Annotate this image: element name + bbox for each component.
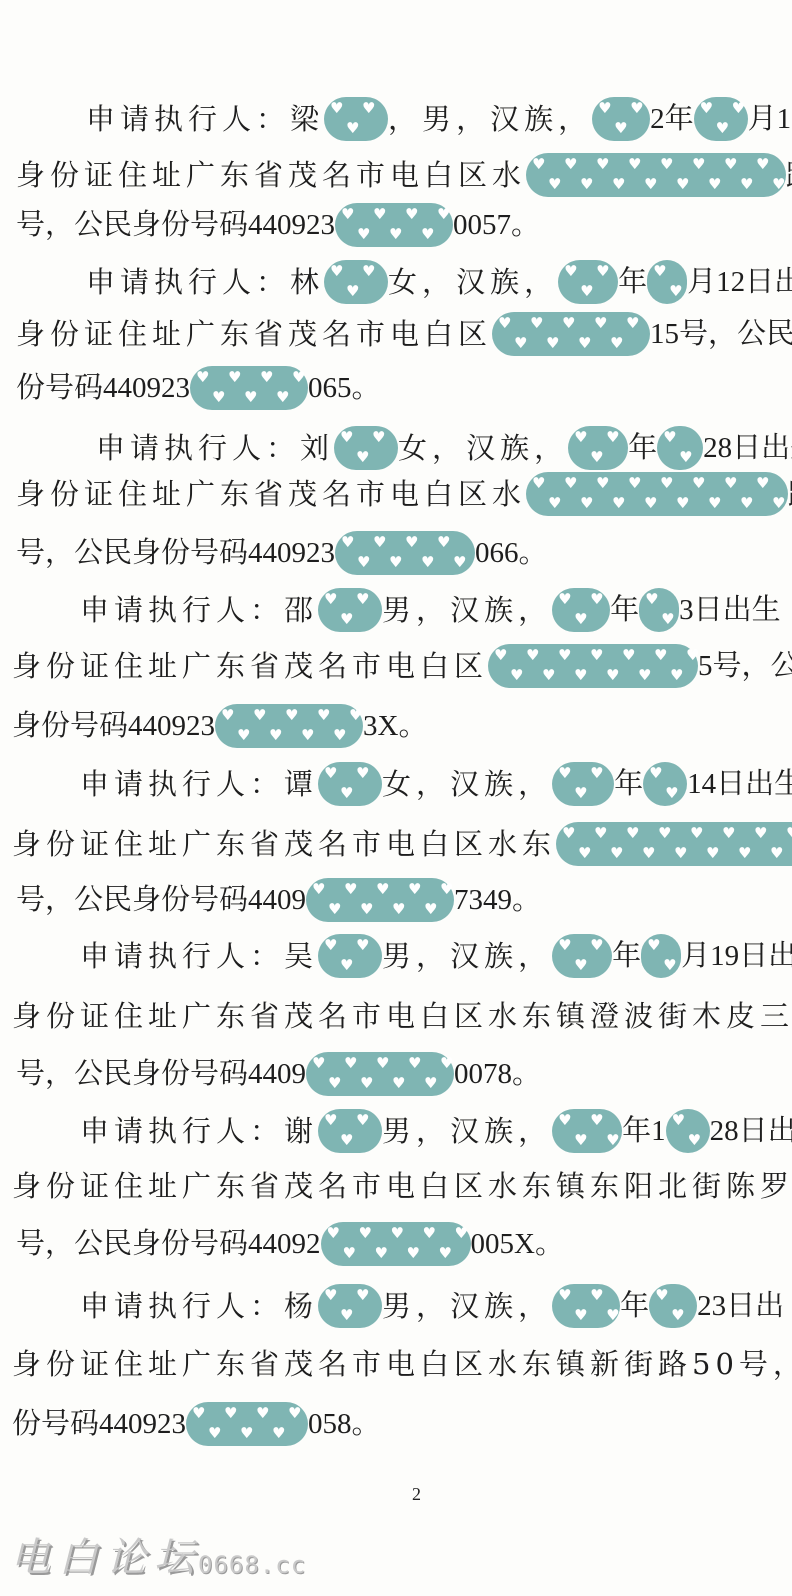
heart-icon: ♥ (612, 177, 630, 192)
heart-icon: ♥ (644, 496, 662, 511)
heart-icon: ♥ (421, 227, 439, 242)
heart-icon: ♥ (455, 1226, 473, 1241)
applicant-1-line-1: 申请执行人：梁♥♥♥，男，汉族，♥♥♥2年♥♥♥月10日出生 (86, 101, 792, 137)
heart-icon: ♥ (285, 708, 303, 723)
heart-icon: ♥ (312, 882, 330, 897)
heart-icon: ♥ (756, 157, 774, 172)
birth-day-fragment: 14日出生 (687, 766, 792, 802)
heart-icon: ♥ (644, 177, 662, 192)
heart-icon: ♥ (740, 177, 758, 192)
heart-icon: ♥ (688, 1133, 706, 1148)
heart-icon: ♥ (628, 157, 646, 172)
heart-icon: ♥ (340, 1308, 358, 1323)
heart-icon: ♥ (671, 1308, 689, 1323)
heart-icon: ♥ (344, 882, 362, 897)
id-suffix: 0078。 (454, 1056, 541, 1092)
heart-icon: ♥ (558, 1288, 576, 1303)
heart-icon: ♥ (437, 535, 455, 550)
applicant-surname: 刘 (300, 430, 334, 466)
heart-icon: ♥ (375, 1246, 393, 1261)
heart-icon: ♥ (754, 826, 772, 841)
heart-icon: ♥ (665, 786, 683, 801)
heart-icon: ♥ (590, 592, 608, 607)
applicant-ethnicity: 汉族 (450, 766, 518, 802)
heart-icon: ♥ (574, 1133, 592, 1148)
heart-icon: ♥ (373, 535, 391, 550)
heart-icon: ♥ (578, 846, 596, 861)
heart-icon: ♥ (596, 157, 614, 172)
heart-icon: ♥ (360, 1076, 378, 1091)
heart-icon: ♥ (372, 430, 390, 445)
applicant-8-line-1: 申请执行人：杨♥♥♥男，汉族，♥♥♥♥年♥♥23日出 (80, 1288, 784, 1324)
heart-icon: ♥ (340, 612, 358, 627)
applicant-2-line-2: 身份证住址广东省茂名市电白区♥♥♥♥♥♥♥♥♥15号，公民 (16, 316, 792, 352)
heart-icon: ♥ (558, 938, 576, 953)
heart-icon: ♥ (594, 826, 612, 841)
redaction-blob: ♥♥♥ (318, 1284, 382, 1328)
id-prefix: 号，公民身份号码440923 (16, 207, 335, 243)
heart-icon: ♥ (558, 648, 576, 663)
address-prefix: 身份证住址广东省茂名市电白区 (12, 648, 488, 684)
birth-year-fragment: 年 (610, 592, 639, 628)
redaction-blob: ♥♥♥ (318, 588, 382, 632)
heart-icon: ♥ (692, 476, 710, 491)
heart-icon: ♥ (341, 207, 359, 222)
heart-icon: ♥ (738, 846, 756, 861)
heart-icon: ♥ (340, 786, 358, 801)
applicant-label: 申请执行人： (80, 592, 284, 628)
redaction-blob: ♥♥♥♥♥♥♥♥♥ (215, 704, 363, 748)
id-suffix: 066。 (475, 535, 548, 571)
heart-icon: ♥ (360, 902, 378, 917)
heart-icon: ♥ (389, 227, 407, 242)
applicant-ethnicity: 汉族 (450, 1288, 518, 1324)
heart-icon: ♥ (340, 958, 358, 973)
birth-day-fragment: 28日出 (710, 1113, 792, 1149)
heart-icon: ♥ (724, 157, 742, 172)
id-prefix: 号，公民身份号码440923 (16, 535, 335, 571)
applicant-6-line-2: 身份证住址广东省茂名市电白区水东镇澄波街木皮三直 (12, 998, 792, 1034)
address-full: 身份证住址广东省茂名市电白区水东镇澄波街木皮三直 (12, 998, 792, 1034)
applicant-ethnicity: 汉族 (450, 592, 518, 628)
heart-icon: ♥ (237, 728, 255, 743)
heart-icon: ♥ (642, 846, 660, 861)
applicant-label: 申请执行人： (86, 264, 290, 300)
id-prefix: 份号码440923 (16, 370, 190, 406)
heart-icon: ♥ (663, 430, 681, 445)
heart-icon: ♥ (510, 668, 528, 683)
heart-icon: ♥ (676, 496, 694, 511)
redaction-blob: ♥♥♥ (324, 97, 388, 141)
heart-icon: ♥ (574, 958, 592, 973)
heart-icon: ♥ (356, 1288, 374, 1303)
applicant-label: 申请执行人： (80, 938, 284, 974)
heart-icon: ♥ (732, 101, 750, 116)
heart-icon: ♥ (663, 958, 681, 973)
heart-icon: ♥ (405, 535, 423, 550)
address-prefix: 身份证住址广东省茂名市电白区水 (16, 476, 526, 512)
heart-icon: ♥ (558, 592, 576, 607)
redaction-blob: ♥♥♥♥♥♥♥ (186, 1402, 308, 1446)
heart-icon: ♥ (196, 370, 214, 385)
applicant-2-line-1: 申请执行人：林♥♥♥女，汉族，♥♥♥年♥♥月12日出生 (86, 264, 792, 300)
heart-icon: ♥ (389, 555, 407, 570)
applicant-surname: 邵 (284, 592, 318, 628)
redaction-blob: ♥♥♥ (318, 934, 382, 978)
heart-icon: ♥ (324, 938, 342, 953)
redaction-blob: ♥♥♥ (592, 97, 650, 141)
birth-year-fragment: 年 (614, 766, 643, 802)
heart-icon: ♥ (192, 1406, 210, 1421)
heart-icon: ♥ (256, 1406, 274, 1421)
redaction-blob: ♥♥♥♥♥♥♥♥♥ (321, 1222, 471, 1266)
heart-icon: ♥ (590, 1113, 608, 1128)
redaction-blob: ♥♥ (641, 934, 681, 978)
applicant-4-line-1: 申请执行人：邵♥♥♥男，汉族，♥♥♥年♥♥3日出生 (80, 592, 781, 628)
applicant-gender: 女 (398, 430, 432, 466)
redaction-blob: ♥♥ (643, 762, 687, 806)
birth-day-fragment: 28日出生 (703, 430, 792, 466)
redaction-blob: ♥♥ (649, 1284, 697, 1328)
applicant-3-line-1: 申请执行人：刘♥♥♥女，汉族，♥♥♥年♥♥28日出生 (96, 430, 792, 466)
heart-icon: ♥ (672, 1113, 690, 1128)
heart-icon: ♥ (655, 1288, 673, 1303)
heart-icon: ♥ (359, 1226, 377, 1241)
applicant-ethnicity: 汉族 (466, 430, 534, 466)
applicant-ethnicity: 汉族 (456, 264, 524, 300)
heart-icon: ♥ (349, 708, 367, 723)
heart-icon: ♥ (772, 177, 790, 192)
id-prefix: 号，公民身份号码4409 (16, 1056, 306, 1092)
heart-icon: ♥ (548, 177, 566, 192)
applicant-8-line-3: 份号码440923♥♥♥♥♥♥♥058。 (12, 1406, 381, 1442)
heart-icon: ♥ (610, 336, 628, 351)
heart-icon: ♥ (647, 938, 665, 953)
heart-icon: ♥ (376, 1056, 394, 1071)
applicant-label: 申请执行人： (86, 101, 290, 137)
heart-icon: ♥ (690, 826, 708, 841)
heart-icon: ♥ (341, 535, 359, 550)
redaction-blob: ♥♥♥ (558, 260, 618, 304)
applicant-gender: 男 (422, 101, 456, 137)
page-number: 2 (412, 1484, 421, 1505)
heart-icon: ♥ (424, 1076, 442, 1091)
applicant-5-line-3: 号，公民身份号码4409♥♥♥♥♥♥♥♥♥7349。 (16, 882, 541, 918)
redaction-blob: ♥♥♥♥♥♥♥♥♥♥♥♥♥♥♥♥ (526, 472, 788, 516)
address-prefix: 身份证住址广东省茂名市电白区水东 (12, 826, 556, 862)
heart-icon: ♥ (324, 1288, 342, 1303)
heart-icon: ♥ (574, 786, 592, 801)
applicant-label: 申请执行人： (80, 1113, 284, 1149)
heart-icon: ♥ (356, 592, 374, 607)
birth-day-fragment: 月10日出生 (748, 101, 792, 137)
address-prefix: 身份证住址广东省茂名市电白区 (16, 316, 492, 352)
heart-icon: ♥ (344, 1056, 362, 1071)
redaction-blob: ♥♥♥♥ (552, 1109, 622, 1153)
redaction-blob: ♥♥♥♥♥♥♥ (190, 366, 308, 410)
heart-icon: ♥ (530, 316, 548, 331)
redaction-blob: ♥♥ (639, 588, 679, 632)
address-prefix: 身份证住址广东省茂名市电白区水 (16, 157, 526, 193)
heart-icon: ♥ (221, 708, 239, 723)
heart-icon: ♥ (327, 1226, 345, 1241)
heart-icon: ♥ (724, 476, 742, 491)
heart-icon: ♥ (240, 1426, 258, 1441)
heart-icon: ♥ (628, 476, 646, 491)
redaction-blob: ♥♥♥ (694, 97, 748, 141)
applicant-6-line-3: 号，公民身份号码4409♥♥♥♥♥♥♥♥♥0078。 (16, 1056, 541, 1092)
applicant-surname: 杨 (284, 1288, 318, 1324)
heart-icon: ♥ (324, 766, 342, 781)
heart-icon: ♥ (453, 555, 471, 570)
applicant-3-line-2: 身份证住址广东省茂名市电白区水♥♥♥♥♥♥♥♥♥♥♥♥♥♥♥♥路 (16, 476, 792, 512)
heart-icon: ♥ (679, 450, 697, 465)
heart-icon: ♥ (330, 101, 348, 116)
redaction-blob: ♥♥♥♥♥♥♥ (335, 203, 453, 247)
id-prefix: 号，公民身份号码44092 (16, 1226, 321, 1262)
id-prefix: 身份号码440923 (12, 708, 215, 744)
heart-icon: ♥ (357, 555, 375, 570)
heart-icon: ♥ (722, 826, 740, 841)
heart-icon: ♥ (772, 496, 790, 511)
heart-icon: ♥ (212, 390, 230, 405)
redaction-blob: ♥♥♥ (568, 426, 628, 470)
heart-icon: ♥ (423, 1226, 441, 1241)
address-full: 身份证住址广东省茂名市电白区水东镇新街路50号，公民 (12, 1346, 792, 1382)
redaction-blob: ♥♥ (657, 426, 703, 470)
heart-icon: ♥ (312, 1056, 330, 1071)
heart-icon: ♥ (440, 882, 458, 897)
heart-icon: ♥ (392, 1076, 410, 1091)
heart-icon: ♥ (594, 316, 612, 331)
applicant-surname: 谢 (284, 1113, 318, 1149)
heart-icon: ♥ (590, 648, 608, 663)
heart-icon: ♥ (658, 826, 676, 841)
id-prefix: 号，公民身份号码4409 (16, 882, 306, 918)
heart-icon: ♥ (564, 157, 582, 172)
redaction-blob: ♥♥♥ (318, 1109, 382, 1153)
heart-icon: ♥ (532, 476, 550, 491)
redaction-blob: ♥♥ (647, 260, 687, 304)
applicant-1-line-2: 身份证住址广东省茂名市电白区水♥♥♥♥♥♥♥♥♥♥♥♥♥♥♥♥路 (16, 157, 792, 193)
heart-icon: ♥ (630, 101, 648, 116)
heart-icon: ♥ (756, 476, 774, 491)
heart-icon: ♥ (580, 496, 598, 511)
heart-icon: ♥ (357, 227, 375, 242)
heart-icon: ♥ (660, 476, 678, 491)
heart-icon: ♥ (548, 496, 566, 511)
birth-year-fragment: 年 (618, 264, 647, 300)
redaction-blob: ♥♥♥ (324, 260, 388, 304)
redaction-blob: ♥♥♥♥♥♥♥♥♥ (306, 878, 454, 922)
heart-icon: ♥ (208, 1426, 226, 1441)
applicant-1-line-3: 号，公民身份号码440923♥♥♥♥♥♥♥0057。 (16, 207, 540, 243)
redaction-blob: ♥♥♥♥♥♥♥♥♥ (492, 312, 650, 356)
redaction-blob: ♥♥♥ (552, 762, 614, 806)
redaction-blob: ♥♥♥ (552, 934, 612, 978)
redaction-blob: ♥♥♥♥♥♥♥♥♥♥♥♥♥♥♥♥ (526, 153, 786, 197)
applicant-ethnicity: 汉族 (490, 101, 558, 137)
applicant-surname: 吴 (284, 938, 318, 974)
id-suffix: 3X。 (363, 708, 427, 744)
applicant-label: 申请执行人： (80, 1288, 284, 1324)
heart-icon: ♥ (340, 1133, 358, 1148)
heart-icon: ♥ (564, 476, 582, 491)
applicant-ethnicity: 汉族 (450, 938, 518, 974)
heart-icon: ♥ (590, 766, 608, 781)
heart-icon: ♥ (654, 648, 672, 663)
heart-icon: ♥ (439, 1246, 457, 1261)
heart-icon: ♥ (700, 101, 718, 116)
heart-icon: ♥ (580, 284, 598, 299)
heart-icon: ♥ (590, 1288, 608, 1303)
heart-icon: ♥ (362, 264, 380, 279)
heart-icon: ♥ (526, 648, 544, 663)
address-suffix: 15号，公民 (650, 316, 792, 352)
heart-icon: ♥ (356, 938, 374, 953)
birth-day-fragment: 月19日出生 (681, 938, 792, 974)
heart-icon: ♥ (580, 177, 598, 192)
heart-icon: ♥ (660, 157, 678, 172)
heart-icon: ♥ (288, 1406, 306, 1421)
heart-icon: ♥ (376, 882, 394, 897)
heart-icon: ♥ (498, 316, 516, 331)
heart-icon: ♥ (669, 284, 687, 299)
heart-icon: ♥ (514, 336, 532, 351)
redaction-blob: ♥♥♥ (552, 588, 610, 632)
heart-icon: ♥ (676, 177, 694, 192)
birth-day-fragment: 月12日出生 (687, 264, 792, 300)
applicant-7-line-2: 身份证住址广东省茂名市电白区水东镇东阳北街陈罗巷 (12, 1168, 792, 1204)
heart-icon: ♥ (562, 316, 580, 331)
heart-icon: ♥ (614, 121, 632, 136)
heart-icon: ♥ (686, 648, 704, 663)
heart-icon: ♥ (596, 476, 614, 491)
heart-icon: ♥ (770, 846, 788, 861)
heart-icon: ♥ (606, 1133, 624, 1148)
heart-icon: ♥ (692, 157, 710, 172)
heart-icon: ♥ (228, 370, 246, 385)
heart-icon: ♥ (564, 264, 582, 279)
heart-icon: ♥ (317, 708, 335, 723)
heart-icon: ♥ (328, 1076, 346, 1091)
heart-icon: ♥ (590, 938, 608, 953)
redaction-blob: ♥♥♥♥ (552, 1284, 620, 1328)
heart-icon: ♥ (330, 264, 348, 279)
heart-icon: ♥ (346, 284, 364, 299)
document-page: 申请执行人：梁♥♥♥，男，汉族，♥♥♥2年♥♥♥月10日出生 身份证住址广东省茂… (0, 0, 792, 1596)
heart-icon: ♥ (786, 826, 792, 841)
heart-icon: ♥ (546, 336, 564, 351)
id-suffix: 058。 (308, 1406, 381, 1442)
applicant-8-line-2: 身份证住址广东省茂名市电白区水东镇新街路50号，公民 (12, 1346, 792, 1382)
heart-icon: ♥ (674, 846, 692, 861)
redaction-blob: ♥♥♥♥♥♥♥♥♥ (306, 1052, 454, 1096)
heart-icon: ♥ (324, 1113, 342, 1128)
heart-icon: ♥ (706, 846, 724, 861)
heart-icon: ♥ (661, 612, 679, 627)
applicant-ethnicity: 汉族 (450, 1113, 518, 1149)
heart-icon: ♥ (440, 1056, 458, 1071)
applicant-4-line-3: 身份号码440923♥♥♥♥♥♥♥♥♥3X。 (12, 708, 427, 744)
birth-year-fragment: 2年 (650, 101, 694, 137)
applicant-gender: 男 (382, 938, 416, 974)
watermark-url: 0668.cc (198, 1551, 306, 1579)
heart-icon: ♥ (276, 390, 294, 405)
id-suffix: 005X。 (471, 1226, 564, 1262)
heart-icon: ♥ (346, 121, 364, 136)
redaction-blob: ♥♥♥♥♥♥♥♥ (335, 531, 475, 575)
heart-icon: ♥ (292, 370, 310, 385)
heart-icon: ♥ (373, 207, 391, 222)
heart-icon: ♥ (272, 1426, 290, 1441)
heart-icon: ♥ (626, 316, 644, 331)
heart-icon: ♥ (301, 728, 319, 743)
heart-icon: ♥ (638, 668, 656, 683)
heart-icon: ♥ (740, 496, 758, 511)
birth-day-fragment: 23日出 (697, 1288, 784, 1324)
applicant-7-line-3: 号，公民身份号码44092♥♥♥♥♥♥♥♥♥005X。 (16, 1226, 564, 1262)
heart-icon: ♥ (260, 370, 278, 385)
applicant-gender: 男 (382, 592, 416, 628)
heart-icon: ♥ (437, 207, 455, 222)
id-suffix: 7349。 (454, 882, 541, 918)
heart-icon: ♥ (407, 1246, 425, 1261)
heart-icon: ♥ (598, 101, 616, 116)
heart-icon: ♥ (356, 450, 374, 465)
heart-icon: ♥ (610, 846, 628, 861)
heart-icon: ♥ (340, 430, 358, 445)
id-suffix: 0057。 (453, 207, 540, 243)
id-suffix: 065。 (308, 370, 381, 406)
id-prefix: 份号码440923 (12, 1406, 186, 1442)
heart-icon: ♥ (708, 177, 726, 192)
heart-icon: ♥ (596, 264, 614, 279)
heart-icon: ♥ (574, 1308, 592, 1323)
applicant-5-line-2: 身份证住址广东省茂名市电白区水东♥♥♥♥♥♥♥♥♥♥♥♥♥♥♥♥♥ (12, 826, 792, 862)
applicant-surname: 梁 (290, 101, 324, 137)
heart-icon: ♥ (716, 121, 734, 136)
address-full: 身份证住址广东省茂名市电白区水东镇东阳北街陈罗巷 (12, 1168, 792, 1204)
heart-icon: ♥ (253, 708, 271, 723)
heart-icon: ♥ (408, 882, 426, 897)
heart-icon: ♥ (622, 648, 640, 663)
applicant-2-line-3: 份号码440923♥♥♥♥♥♥♥065。 (16, 370, 381, 406)
heart-icon: ♥ (558, 766, 576, 781)
applicant-6-line-1: 申请执行人：吴♥♥♥男，汉族，♥♥♥年♥♥月19日出生 (80, 938, 792, 974)
redaction-blob: ♥♥ (666, 1109, 710, 1153)
heart-icon: ♥ (653, 264, 671, 279)
heart-icon: ♥ (574, 430, 592, 445)
heart-icon: ♥ (421, 555, 439, 570)
applicant-surname: 谭 (284, 766, 318, 802)
heart-icon: ♥ (562, 826, 580, 841)
heart-icon: ♥ (649, 766, 667, 781)
applicant-3-line-3: 号，公民身份号码440923♥♥♥♥♥♥♥♥066。 (16, 535, 548, 571)
applicant-5-line-1: 申请执行人：谭♥♥♥女，汉族，♥♥♥年♥♥14日出生 (80, 766, 792, 802)
birth-year-fragment: 年1 (622, 1113, 666, 1149)
heart-icon: ♥ (405, 207, 423, 222)
heart-icon: ♥ (606, 668, 624, 683)
applicant-gender: 男 (382, 1288, 416, 1324)
heart-icon: ♥ (558, 1113, 576, 1128)
heart-icon: ♥ (574, 612, 592, 627)
heart-icon: ♥ (708, 496, 726, 511)
heart-icon: ♥ (606, 430, 624, 445)
redaction-blob: ♥♥♥ (318, 762, 382, 806)
applicant-gender: 女 (382, 766, 416, 802)
heart-icon: ♥ (542, 668, 560, 683)
